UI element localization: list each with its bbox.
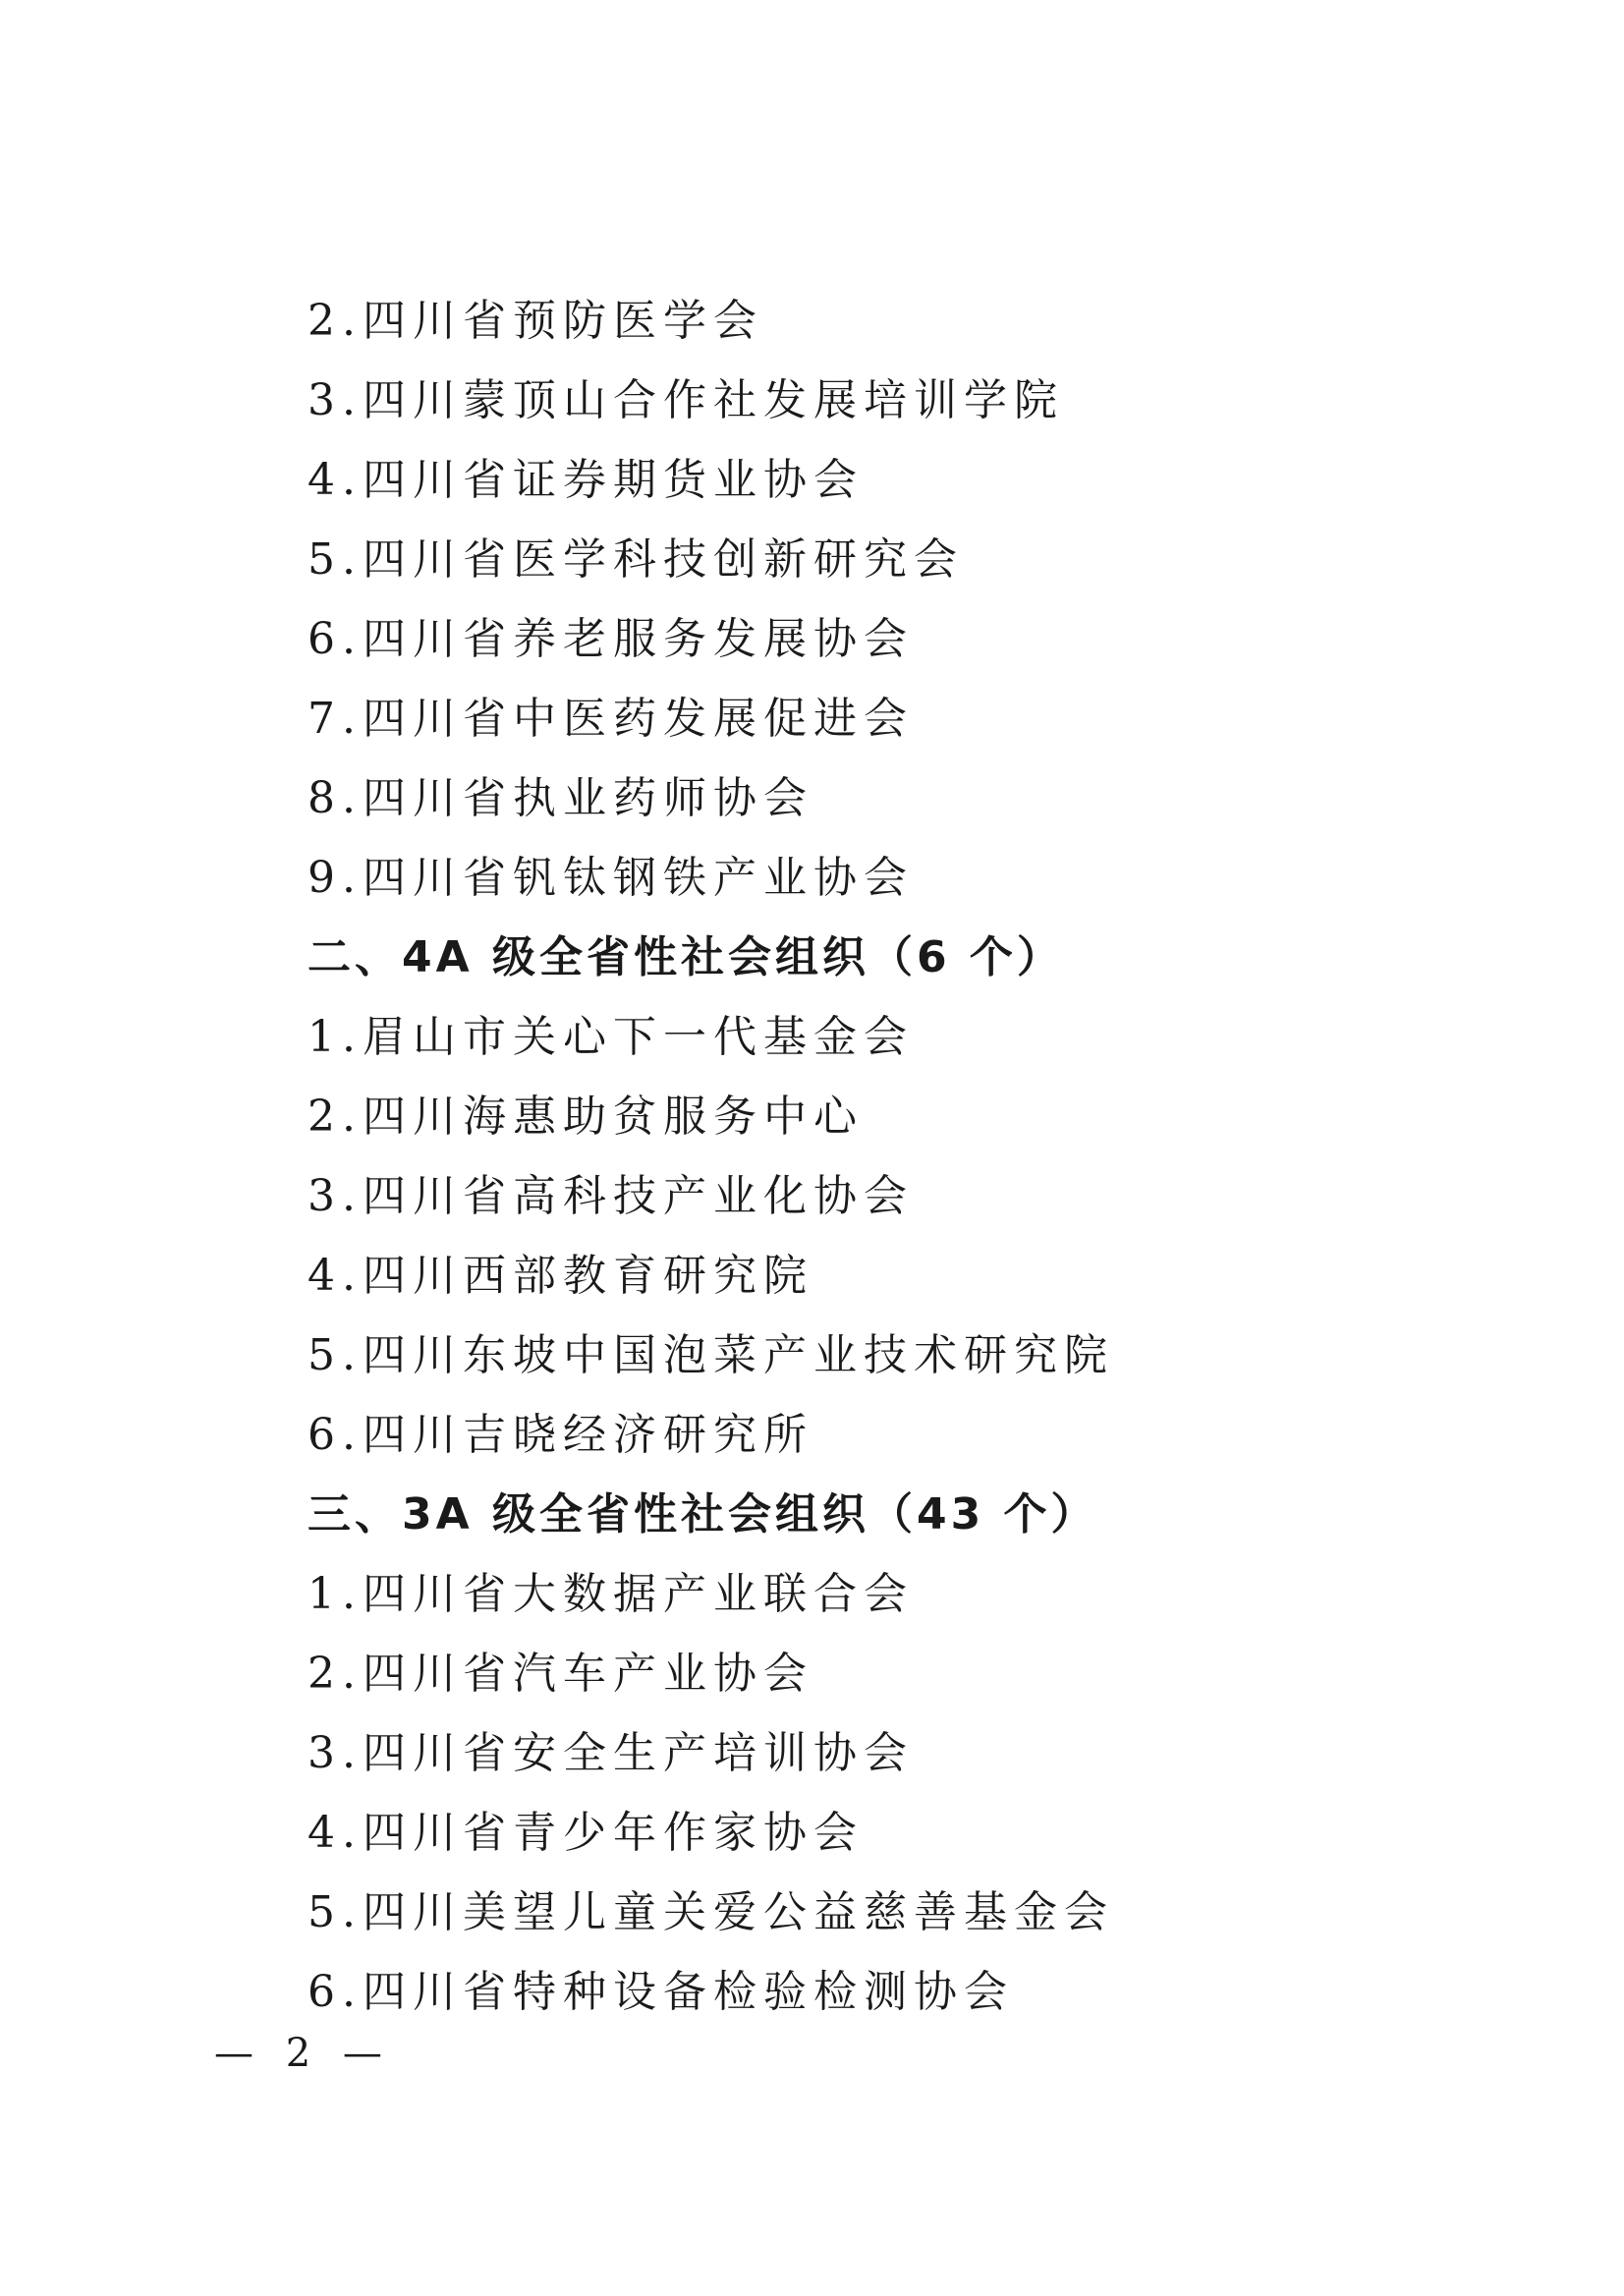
list-item: 6.四川省养老服务发展协会 xyxy=(308,609,1388,689)
document-body: 2.四川省预防医学会 3.四川蒙顶山合作社发展培训学院 4.四川省证券期货业协会… xyxy=(308,291,1388,2042)
list-item: 3.四川蒙顶山合作社发展培训学院 xyxy=(308,370,1388,450)
list-item: 7.四川省中医药发展促进会 xyxy=(308,689,1388,768)
list-item: 2.四川省预防医学会 xyxy=(308,291,1388,370)
list-item: 3.四川省安全生产培训协会 xyxy=(308,1723,1388,1803)
list-item: 6.四川省特种设备检验检测协会 xyxy=(308,1962,1388,2042)
list-item: 3.四川省高科技产业化协会 xyxy=(308,1166,1388,1246)
list-item: 4.四川省青少年作家协会 xyxy=(308,1803,1388,1882)
page-number: — 2 — xyxy=(214,2024,392,2083)
list-item: 4.四川省证券期货业协会 xyxy=(308,450,1388,530)
list-item: 1.眉山市关心下一代基金会 xyxy=(308,1007,1388,1087)
list-item: 5.四川东坡中国泡菜产业技术研究院 xyxy=(308,1325,1388,1405)
list-item: 6.四川吉晓经济研究所 xyxy=(308,1405,1388,1484)
list-item: 9.四川省钒钛钢铁产业协会 xyxy=(308,848,1388,927)
list-item: 2.四川省汽车产业协会 xyxy=(308,1644,1388,1723)
list-item: 5.四川省医学科技创新研究会 xyxy=(308,530,1388,609)
list-item: 2.四川海惠助贫服务中心 xyxy=(308,1087,1388,1166)
list-item: 4.四川西部教育研究院 xyxy=(308,1246,1388,1325)
section-heading-4a: 二、4A 级全省性社会组织（6 个） xyxy=(308,927,1388,1007)
list-item: 5.四川美望儿童关爱公益慈善基金会 xyxy=(308,1882,1388,1962)
list-item: 8.四川省执业药师协会 xyxy=(308,768,1388,848)
section-heading-3a: 三、3A 级全省性社会组织（43 个） xyxy=(308,1484,1388,1564)
list-item: 1.四川省大数据产业联合会 xyxy=(308,1564,1388,1644)
